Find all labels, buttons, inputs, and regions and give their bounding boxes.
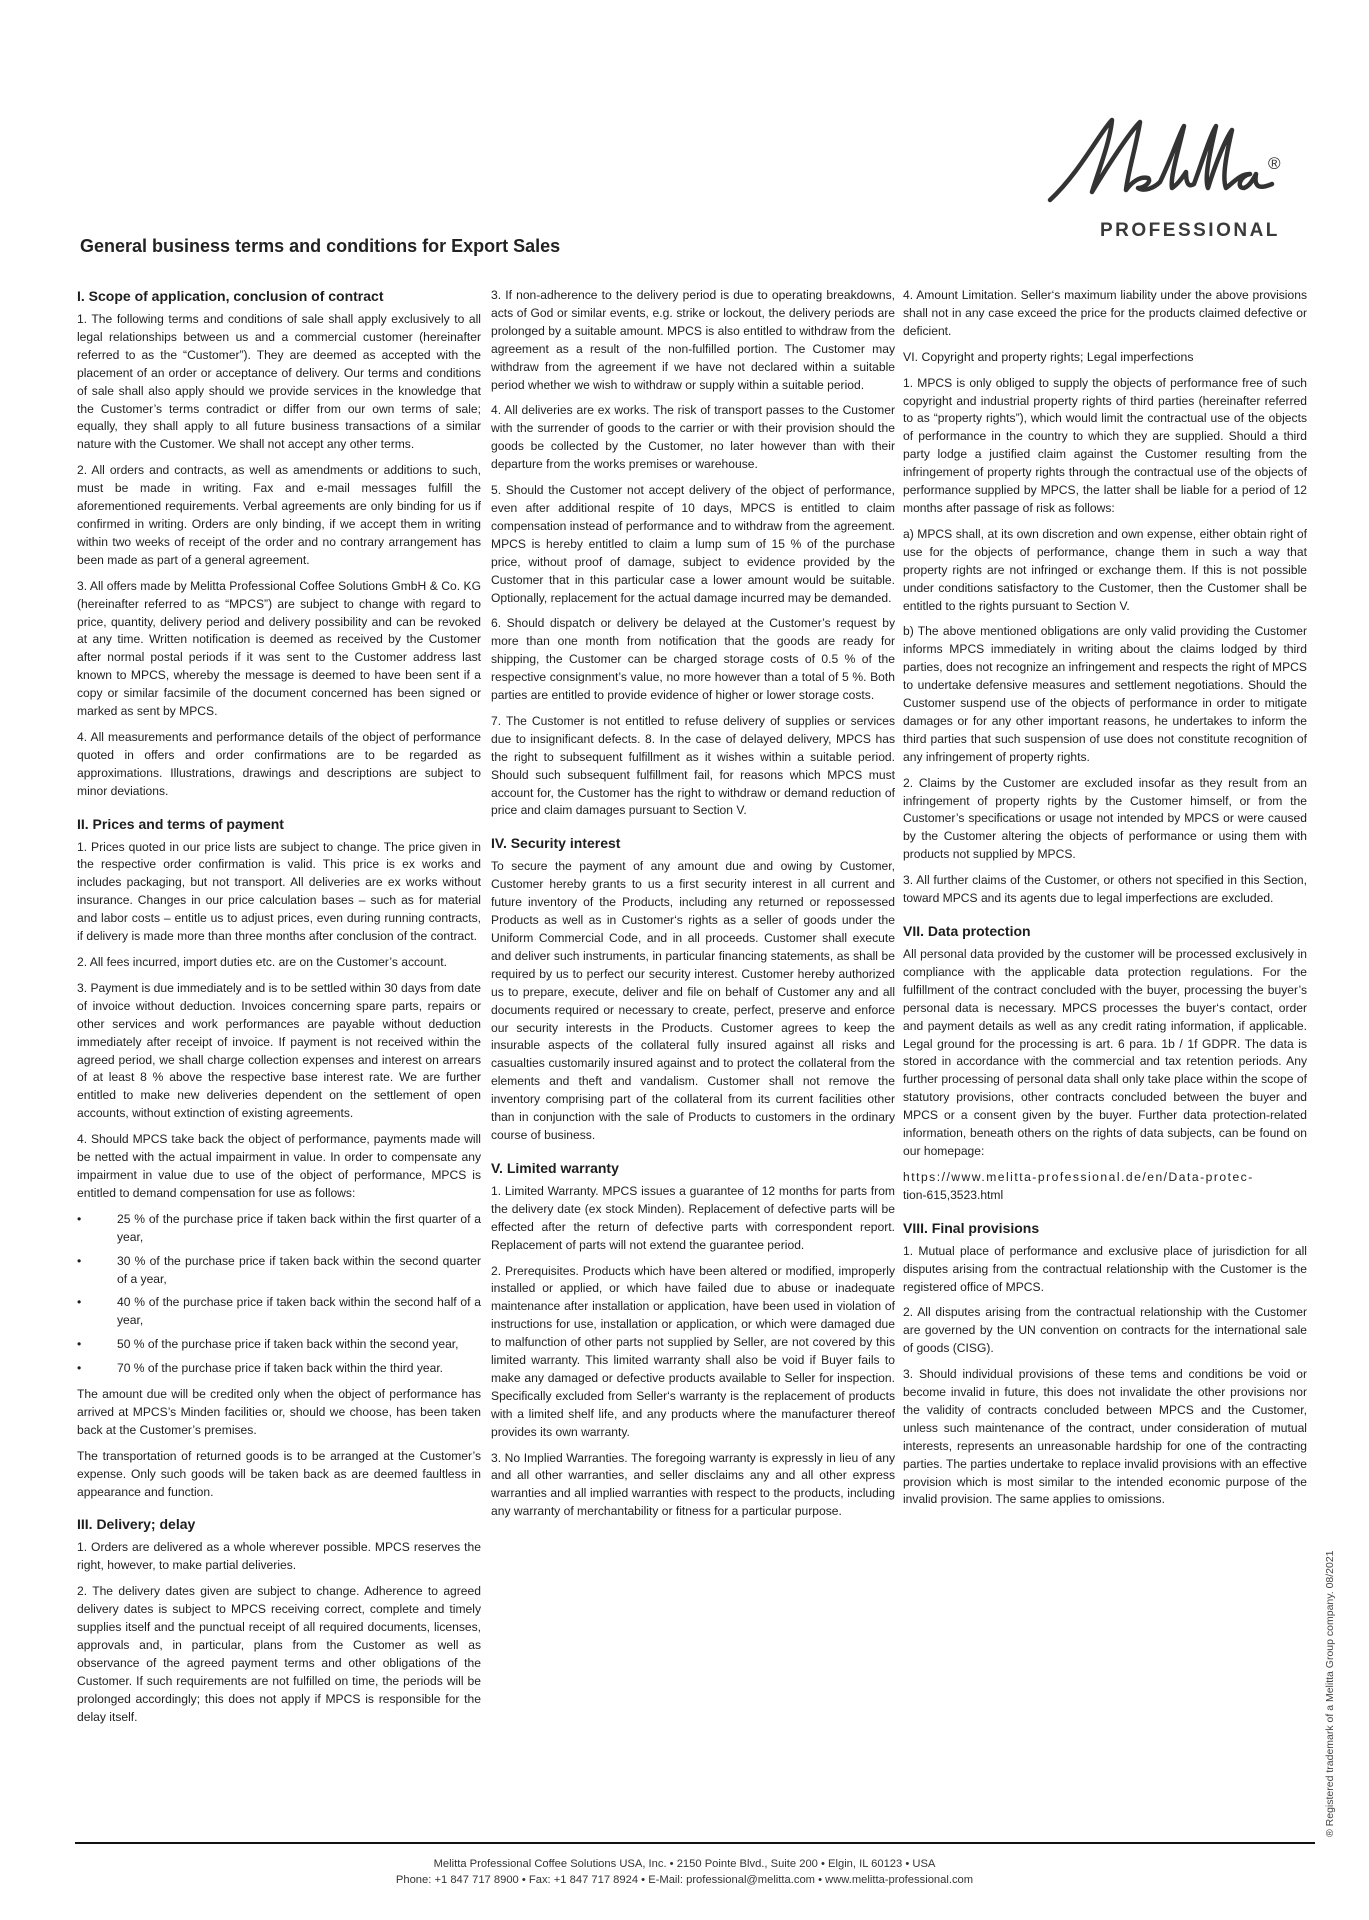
melitta-professional-logo: ® PROFESSIONAL xyxy=(1040,112,1290,252)
document-title: General business terms and conditions fo… xyxy=(80,236,560,257)
section-6-para-b: b) The above mentioned obligations are o… xyxy=(903,623,1307,766)
footer-address: Melitta Professional Coffee Solutions US… xyxy=(0,1858,1369,1870)
section-1-para-3: 3. All offers made by Melitta Profession… xyxy=(77,578,481,721)
list-item: •40 % of the purchase price if taken bac… xyxy=(77,1294,481,1330)
data-protection-url-part-2[interactable]: tion-615,3523.html xyxy=(903,1188,1003,1202)
data-protection-link[interactable]: https://www.melitta-professional.de/en/D… xyxy=(903,1169,1307,1205)
section-4-heading: IV. Security interest xyxy=(491,834,895,852)
section-5-para-1: 1. Limited Warranty. MPCS issues a guara… xyxy=(491,1183,895,1255)
footer-contact: Phone: +1 847 717 8900 • Fax: +1 847 717… xyxy=(0,1874,1369,1886)
section-8-para-3: 3. Should individual provisions of these… xyxy=(903,1366,1307,1509)
section-2-para-6: The transportation of returned goods is … xyxy=(77,1448,481,1502)
column-3: 4. Amount Limitation. Seller‘s maximum l… xyxy=(903,287,1307,1517)
section-5-para-4: 4. Amount Limitation. Seller‘s maximum l… xyxy=(903,287,1307,341)
section-2-para-4: 4. Should MPCS take back the object of p… xyxy=(77,1131,481,1203)
data-protection-url-part-1[interactable]: https://www.melitta-professional.de/en/D… xyxy=(903,1170,1254,1184)
section-3-para-1: 1. Orders are delivered as a whole where… xyxy=(77,1539,481,1575)
section-8-para-1: 1. Mutual place of performance and exclu… xyxy=(903,1243,1307,1297)
list-item: •30 % of the purchase price if taken bac… xyxy=(77,1253,481,1289)
compensation-list: •25 % of the purchase price if taken bac… xyxy=(77,1211,481,1378)
list-item: •25 % of the purchase price if taken bac… xyxy=(77,1211,481,1247)
section-2-heading: II. Prices and terms of payment xyxy=(77,815,481,833)
section-3-para-3: 3. If non-adherence to the delivery peri… xyxy=(491,287,895,394)
section-5-para-3: 3. No Implied Warranties. The foregoing … xyxy=(491,1450,895,1522)
trademark-note: ® Registered trademark of a Melitta Grou… xyxy=(1324,1550,1336,1837)
section-1-para-4: 4. All measurements and performance deta… xyxy=(77,729,481,801)
section-6-para-a: a) MPCS shall, at its own discretion and… xyxy=(903,526,1307,616)
section-5-para-2: 2. Prerequisites. Products which have be… xyxy=(491,1263,895,1442)
footer-divider xyxy=(75,1842,1315,1844)
section-6-para-3: 3. All further claims of the Customer, o… xyxy=(903,872,1307,908)
registered-mark: ® xyxy=(1268,154,1281,174)
section-7-heading: VII. Data protection xyxy=(903,922,1307,940)
logo-subtitle: PROFESSIONAL xyxy=(1100,220,1280,242)
section-1-para-1: 1. The following terms and conditions of… xyxy=(77,311,481,454)
section-6-heading: VI. Copyright and property rights; Legal… xyxy=(903,349,1307,367)
list-item: •50 % of the purchase price if taken bac… xyxy=(77,1336,481,1354)
section-6-para-2: 2. Claims by the Customer are excluded i… xyxy=(903,775,1307,865)
bullet-icon: • xyxy=(77,1336,81,1354)
section-8-heading: VIII. Final provisions xyxy=(903,1219,1307,1237)
bullet-icon: • xyxy=(77,1294,81,1312)
section-1-heading: I. Scope of application, conclusion of c… xyxy=(77,287,481,305)
section-1-para-2: 2. All orders and contracts, as well as … xyxy=(77,462,481,569)
section-3-heading: III. Delivery; delay xyxy=(77,1515,481,1533)
list-item: •70 % of the purchase price if taken bac… xyxy=(77,1360,481,1378)
section-3-para-5: 5. Should the Customer not accept delive… xyxy=(491,482,895,607)
section-2-para-1: 1. Prices quoted in our price lists are … xyxy=(77,839,481,946)
section-8-para-2: 2. All disputes arising from the contrac… xyxy=(903,1304,1307,1358)
section-3-para-4: 4. All deliveries are ex works. The risk… xyxy=(491,402,895,474)
column-1: I. Scope of application, conclusion of c… xyxy=(77,287,481,1735)
column-2: 3. If non-adherence to the delivery peri… xyxy=(491,287,895,1529)
section-4-para-1: To secure the payment of any amount due … xyxy=(491,858,895,1145)
bullet-icon: • xyxy=(77,1211,81,1229)
section-6-para-1: 1. MPCS is only obliged to supply the ob… xyxy=(903,375,1307,518)
section-3-para-7: 7. The Customer is not entitled to refus… xyxy=(491,713,895,820)
section-3-para-2: 2. The delivery dates given are subject … xyxy=(77,1583,481,1726)
section-2-para-5: The amount due will be credited only whe… xyxy=(77,1386,481,1440)
section-7-para-1: All personal data provided by the custom… xyxy=(903,946,1307,1161)
section-2-para-2: 2. All fees incurred, import duties etc.… xyxy=(77,954,481,972)
bullet-icon: • xyxy=(77,1360,81,1378)
bullet-icon: • xyxy=(77,1253,81,1271)
section-2-para-3: 3. Payment is due immediately and is to … xyxy=(77,980,481,1123)
melitta-script-logo-icon xyxy=(1040,112,1280,212)
section-3-para-6: 6. Should dispatch or delivery be delaye… xyxy=(491,615,895,705)
section-5-heading: V. Limited warranty xyxy=(491,1159,895,1177)
